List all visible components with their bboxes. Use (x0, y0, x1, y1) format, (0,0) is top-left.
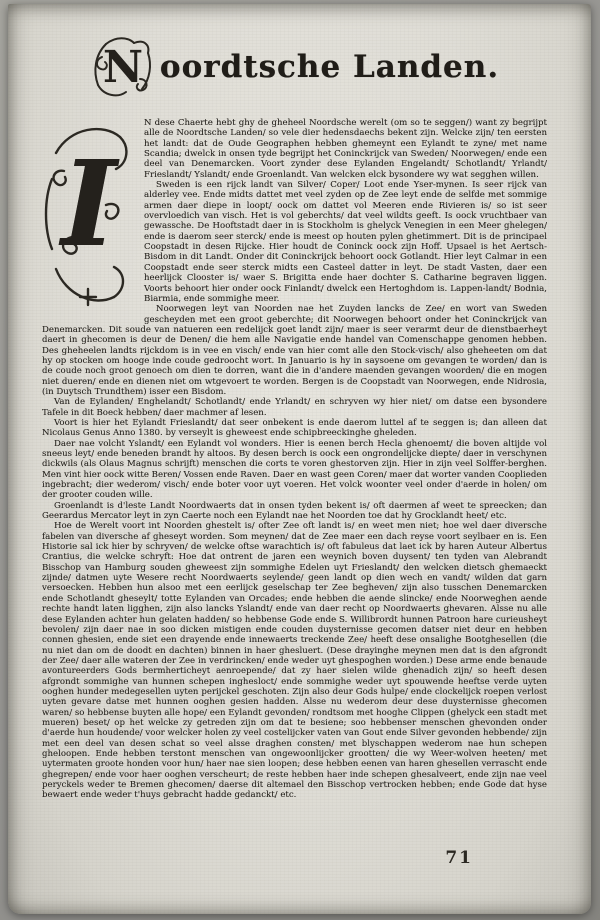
ornate-initial-n-icon: N (90, 35, 154, 99)
text-body: I N dese Chaerte hebt ghy de gheheel Noo… (42, 118, 547, 801)
page-content: N oordtsche Landen. (42, 24, 547, 896)
paragraph: Daer nae volcht Yslandt/ een Eylandt vol… (42, 439, 547, 501)
book-page: N oordtsche Landen. (8, 4, 591, 914)
paragraph: Hoe de Werelt voort int Noorden ghestelt… (42, 521, 547, 800)
paragraph-text: N dese Chaerte hebt ghy de gheheel Noord… (144, 118, 547, 180)
svg-text:I: I (58, 134, 120, 273)
title-text: oordtsche Landen. (160, 49, 499, 85)
ornate-initial-i-icon: I (42, 119, 134, 317)
photo-backdrop: N oordtsche Landen. (0, 0, 600, 920)
page-title: N oordtsche Landen. (42, 28, 547, 106)
svg-text:N: N (103, 42, 143, 93)
paragraph: Groenlandt is d'leste Landt Noordwaerts … (42, 501, 547, 522)
page-number: 71 (445, 848, 473, 868)
paragraph: I N dese Chaerte hebt ghy de gheheel Noo… (42, 118, 547, 180)
paragraph: Noorwegen leyt van Noorden nae het Zuyde… (42, 304, 547, 397)
paragraph: Voort is hier het Eylandt Frieslandt/ da… (42, 418, 547, 439)
paragraph: Van de Eylanden/ Enghelandt/ Schotlandt/… (42, 397, 547, 418)
